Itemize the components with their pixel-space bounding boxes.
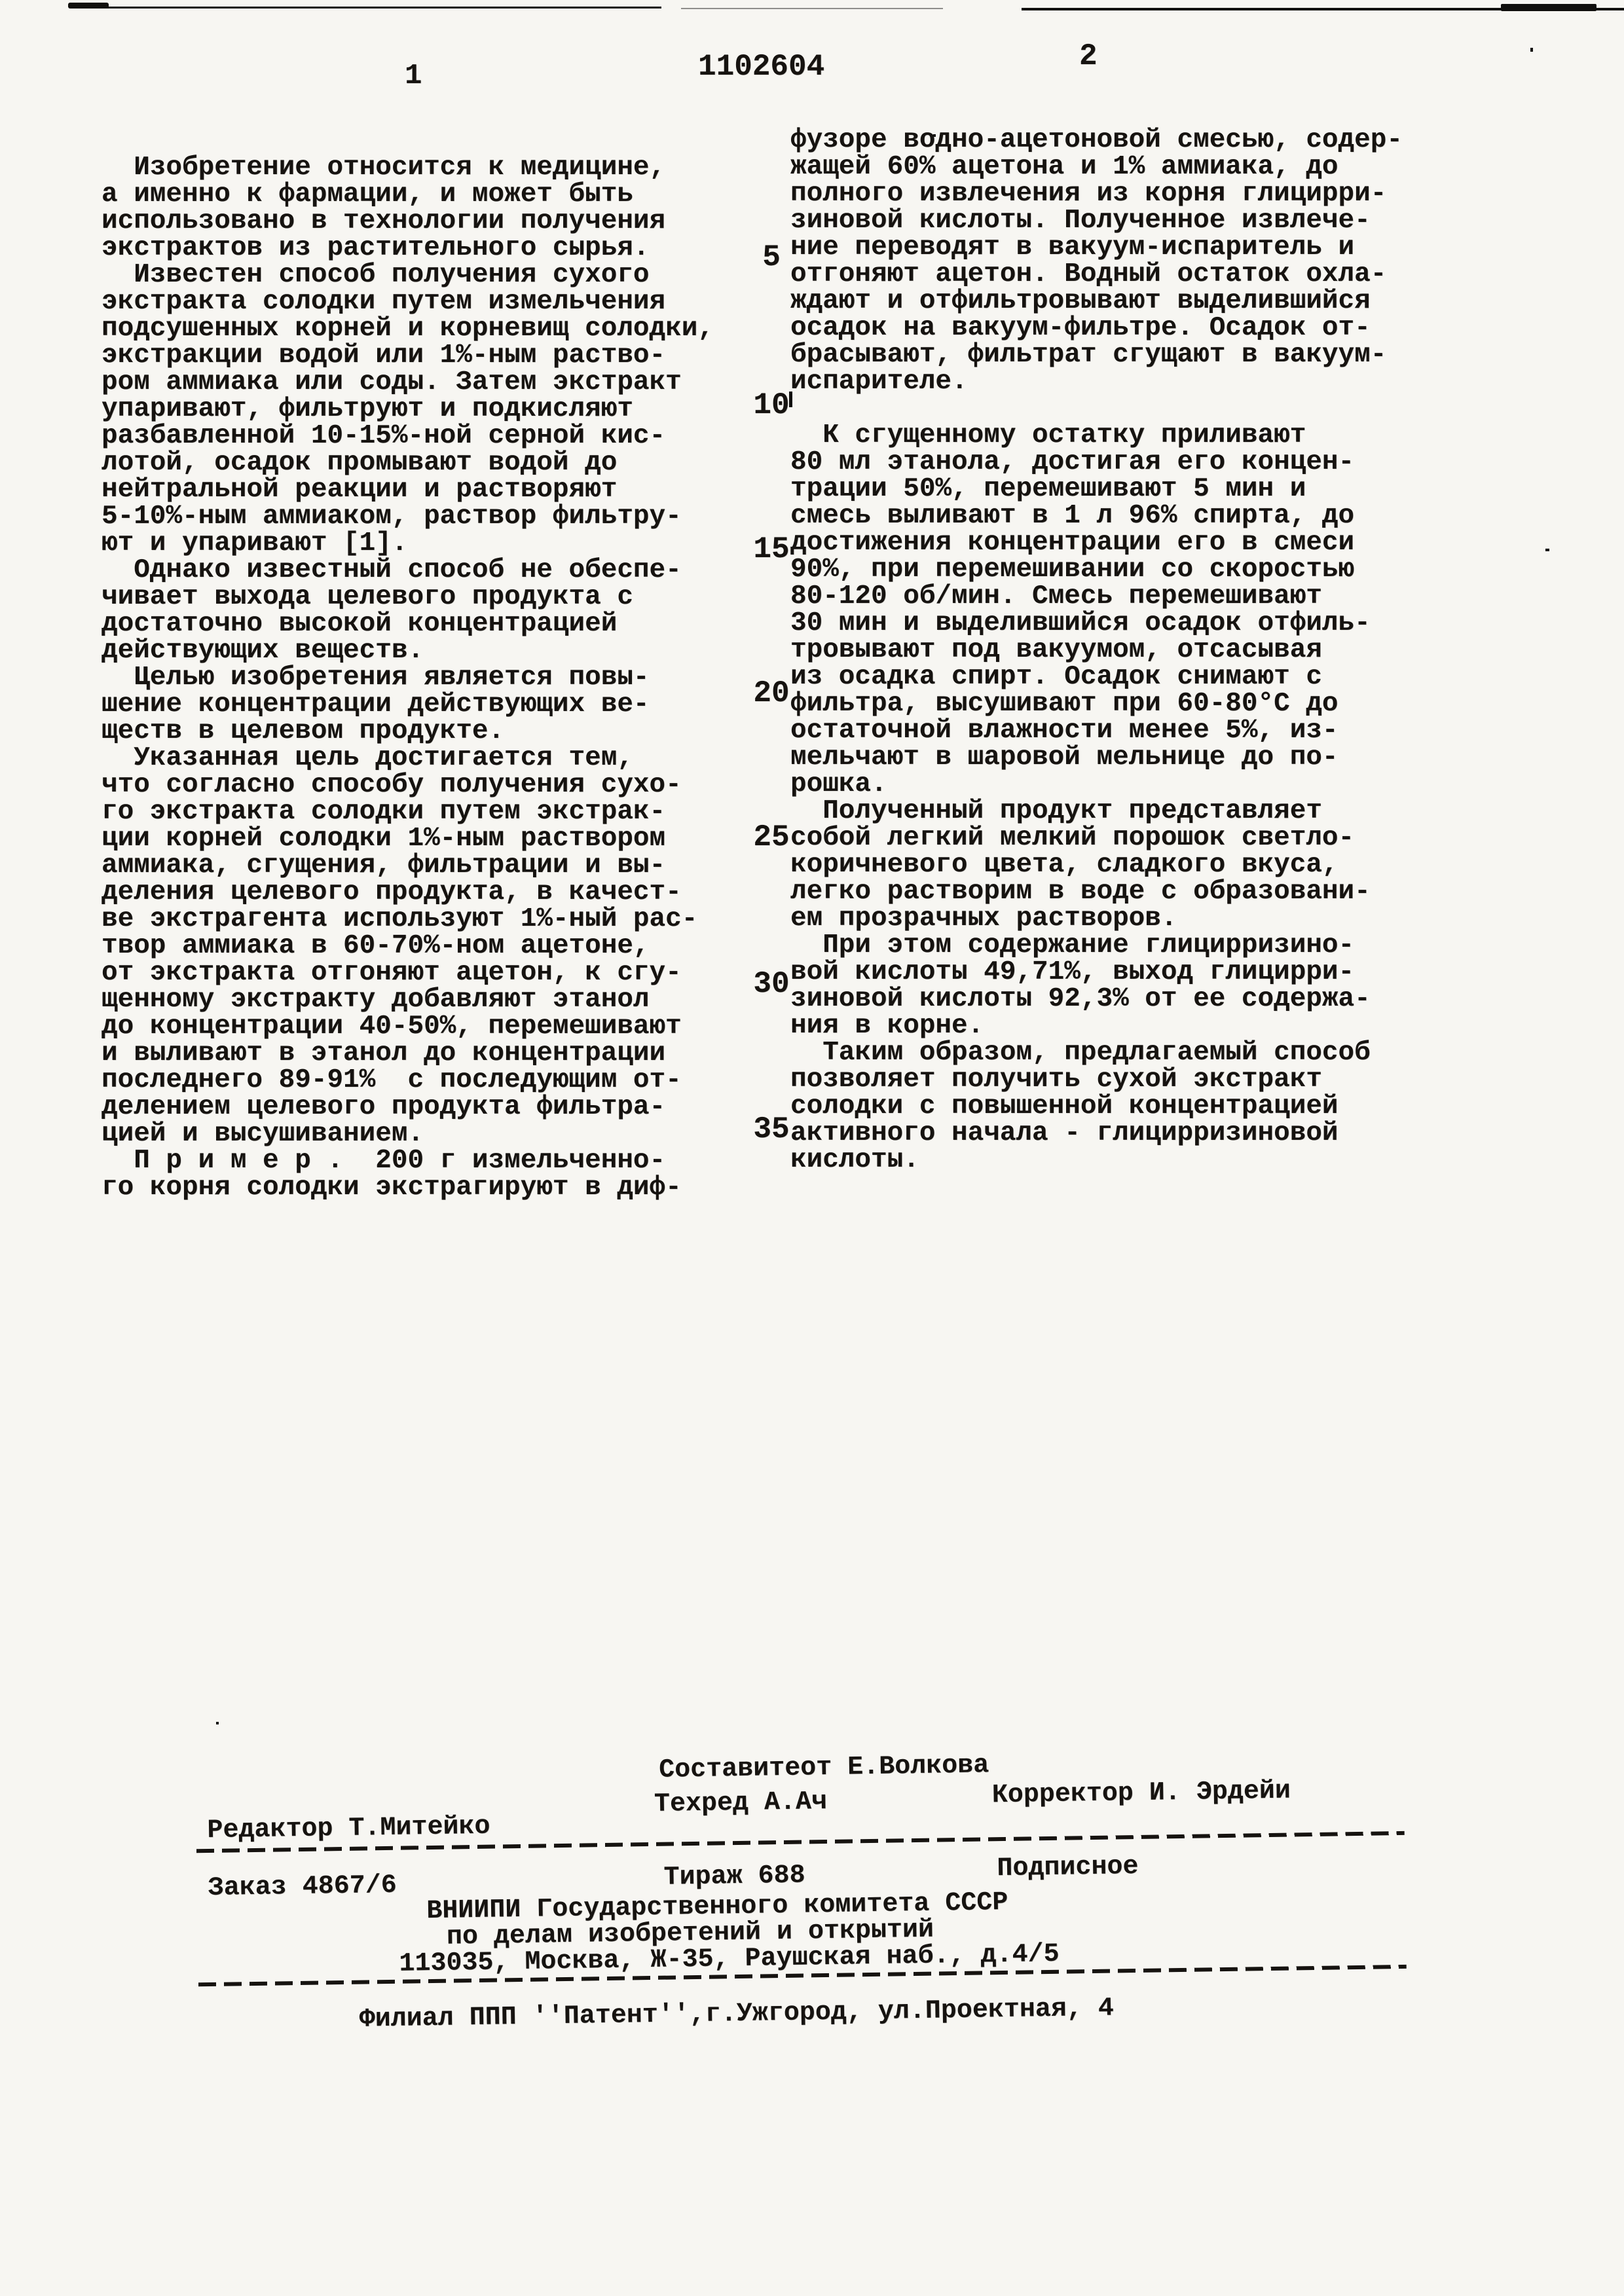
text-line: активного начала - глицирризиновой <box>790 1120 1403 1147</box>
text-line: чивает выхода целевого продукта с <box>101 584 714 611</box>
text-column-right: фузоре водно-ацетоновой смесью, содер-жа… <box>790 127 1403 1174</box>
text-line: 80-120 об/мин. Смесь перемешивают <box>790 583 1403 610</box>
text-line: При этом содержание глицирризино- <box>790 932 1403 959</box>
text-line: ществ в целевом продукте. <box>101 718 714 745</box>
text-line: фильтра, высушивают при 60-80°С до <box>790 691 1403 718</box>
footer-text: Техред А.Ач <box>654 1789 828 1819</box>
text-line: использовано в технологии получения <box>101 208 714 235</box>
text-column-left: Изобретение относится к медицине,а именн… <box>101 155 714 1201</box>
text-line: 80 мл этанола, достигая его концен- <box>790 449 1403 476</box>
text-line: Известен способ получения сухого <box>101 262 714 289</box>
text-line: Таким образом, предлагаемый способ <box>790 1040 1403 1066</box>
text-line: остаточной влажности менее 5%, из- <box>790 718 1403 744</box>
text-line: брасывают, фильтрат сгущают в вакуум- <box>790 342 1403 369</box>
text-line: отгоняют ацетон. Водный остаток охла- <box>790 261 1403 288</box>
text-line: разбавленной 10-15%-ной серной кис- <box>101 423 714 450</box>
text-line: аммиака, сгущения, фильтрации и вы- <box>101 852 714 879</box>
text-line: Указанная цель достигается тем, <box>101 745 714 772</box>
text-line: позволяет получить сухой экстракт <box>790 1066 1403 1093</box>
text-line: трации 50%, перемешивают 5 мин и <box>790 476 1403 503</box>
footer-text: Тираж 688 <box>663 1863 805 1892</box>
text-line: зиновой кислоты. Полученное извлече- <box>790 208 1403 234</box>
footer-text: Составитеот Е.Волкова <box>659 1752 989 1784</box>
page-number-left: 1 <box>405 62 422 90</box>
text-line: тровывают под вакуумом, отсасывая <box>790 637 1403 664</box>
text-line: 5-10%-ным аммиаком, раствор фильтру- <box>101 503 714 530</box>
text-line: ве экстрагента используют 1%-ный рас- <box>101 906 714 933</box>
scan-artifact <box>68 3 109 9</box>
scan-artifact <box>1545 549 1549 551</box>
text-line: цией и высушиванием. <box>101 1121 714 1148</box>
text-line: го корня солодки экстрагируют в диф- <box>101 1175 714 1201</box>
text-line: экстрактов из растительного сырья. <box>101 235 714 262</box>
footer-text: Редактор Т.Митейко <box>207 1813 490 1845</box>
text-line: ром аммиака или соды. Затем экстракт <box>101 369 714 396</box>
text-line: полного извлечения из корня глицирри- <box>790 181 1403 208</box>
text-line: что согласно способу получения сухо- <box>101 772 714 799</box>
text-line: последнего 89-91% с последующим от- <box>101 1067 714 1094</box>
text-line: щенному экстракту добавляют этанол <box>101 987 714 1013</box>
text-line: коричневого цвета, сладкого вкуса, <box>790 852 1403 879</box>
text-line: ем прозрачных растворов. <box>790 905 1403 932</box>
text-line: легко растворим в воде с образовани- <box>790 879 1403 905</box>
text-line: ции корней солодки 1%-ным раствором <box>101 826 714 852</box>
text-line: от экстракта отгоняют ацетон, к сгу- <box>101 960 714 987</box>
text-line <box>790 395 1403 422</box>
text-line: 90%, при перемешивании со скоростью <box>790 556 1403 583</box>
text-line: и выливают в этанол до концентрации <box>101 1040 714 1067</box>
footer-text: Подписное <box>997 1853 1139 1883</box>
scan-artifact <box>681 8 943 9</box>
patent-number: 1102604 <box>698 52 824 81</box>
text-line: вой кислоты 49,71%, выход глицирри- <box>790 959 1403 986</box>
text-line: твор аммиака в 60-70%-ном ацетоне, <box>101 933 714 960</box>
text-line: фузоре водно-ацетоновой смесью, содер- <box>790 127 1403 154</box>
text-line: собой легкий мелкий порошок светло- <box>790 825 1403 852</box>
text-line: лотой, осадок промывают водой до <box>101 450 714 477</box>
text-line: Полученный продукт представляет <box>790 798 1403 825</box>
text-line: 30 мин и выделившийся осадок отфиль- <box>790 610 1403 637</box>
text-line: экстракции водой или 1%-ным раство- <box>101 342 714 369</box>
patent-document-page: 1 1102604 2 5101520253035 Изобретение от… <box>0 0 1624 2296</box>
text-line: ждают и отфильтровывают выделившийся <box>790 288 1403 315</box>
text-line: достижения концентрации его в смеси <box>790 530 1403 556</box>
scan-artifact <box>216 1722 219 1724</box>
text-line: делением целевого продукта фильтра- <box>101 1094 714 1121</box>
text-line: экстракта солодки путем измельчения <box>101 289 714 316</box>
scan-artifact <box>1501 4 1596 11</box>
text-line: деления целевого продукта, в качест- <box>101 879 714 906</box>
text-line: солодки с повышенной концентрацией <box>790 1093 1403 1120</box>
text-line: действующих веществ. <box>101 638 714 665</box>
footer-text: Филиал ППП ''Патент'',г.Ужгород, ул.Прое… <box>359 1995 1114 2034</box>
text-line: П р и м е р . 200 г измельченно- <box>101 1148 714 1175</box>
page-number-right: 2 <box>1079 42 1098 71</box>
text-line: смесь выливают в 1 л 96% спирта, до <box>790 503 1403 530</box>
footer-text: Заказ 4867/6 <box>208 1872 397 1903</box>
text-line: нейтральной реакции и растворяют <box>101 477 714 503</box>
footer-text: Корректор И. Эрдейи <box>992 1778 1291 1810</box>
text-line: го экстракта солодки путем экстрак- <box>101 799 714 826</box>
text-line: испарителе. <box>790 369 1403 395</box>
text-line: подсушенных корней и корневищ солодки, <box>101 316 714 342</box>
footer-credits: Составитеот Е.ВолковаТехред А.АчКорректо… <box>0 1735 1624 2047</box>
text-line: шение концентрации действующих ве- <box>101 691 714 718</box>
text-line: Изобретение относится к медицине, <box>101 155 714 181</box>
text-line: ния в корне. <box>790 1013 1403 1040</box>
text-line: до концентрации 40-50%, перемешивают <box>101 1013 714 1040</box>
text-line: ние переводят в вакуум-испаритель и <box>790 234 1403 261</box>
text-line: жащей 60% ацетона и 1% аммиака, до <box>790 154 1403 181</box>
text-line: упаривают, фильтруют и подкисляют <box>101 396 714 423</box>
text-line: рошка. <box>790 771 1403 798</box>
text-line: Целью изобретения является повы- <box>101 665 714 691</box>
text-line: зиновой кислоты 92,3% от ее содержа- <box>790 986 1403 1013</box>
text-line: ют и упаривают [1]. <box>101 530 714 557</box>
text-line: К сгущенному остатку приливают <box>790 422 1403 449</box>
text-line: мельчают в шаровой мельнице до по- <box>790 744 1403 771</box>
text-line: из осадка спирт. Осадок снимают с <box>790 664 1403 691</box>
text-line: кислоты. <box>790 1147 1403 1174</box>
text-line: а именно к фармации, и может быть <box>101 181 714 208</box>
text-line: достаточно высокой концентрацией <box>101 611 714 638</box>
text-line: осадок на вакуум-фильтре. Осадок от- <box>790 315 1403 342</box>
scan-artifact <box>1530 48 1533 52</box>
text-line: Однако известный способ не обеспе- <box>101 557 714 584</box>
scan-artifact <box>105 7 661 9</box>
